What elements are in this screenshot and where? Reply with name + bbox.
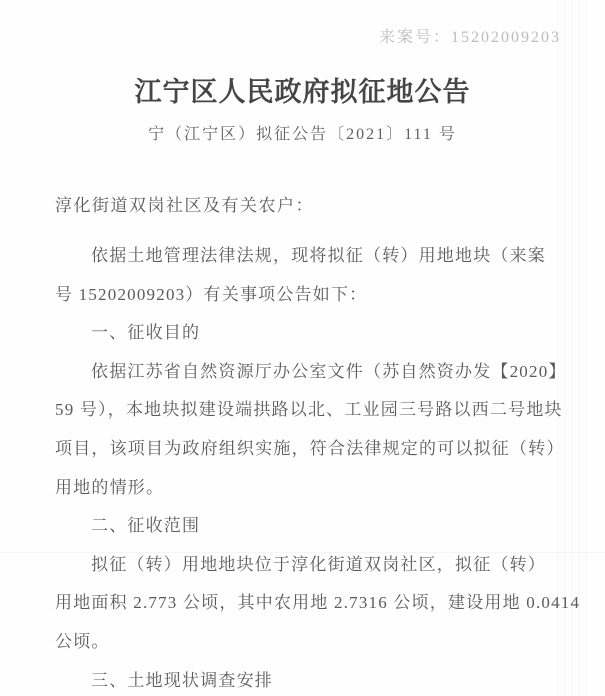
body-line: 依据土地管理法律法规，现将拟征（转）用地地块（来案 <box>55 237 551 276</box>
notice-doc-number: 宁（江宁区）拟征公告〔2021〕111 号 <box>0 121 605 144</box>
body-line: 用地面积 2.773 公顷，其中农用地 2.7316 公顷，建设用地 0.041… <box>55 584 551 623</box>
body-line: 号 15202009203）有关事项公告如下： <box>55 276 551 315</box>
section-heading-survey: 三、土地现状调查安排 <box>55 662 551 696</box>
body-line: 59 号），本地块拟建设端拱路以北、工业园三号路以西二号地块 <box>55 391 551 430</box>
section-heading-scope: 二、征收范围 <box>55 507 551 546</box>
body-line: 拟征（转）用地地块位于淳化街道双岗社区，拟征（转） <box>55 546 551 585</box>
salutation: 淳化街道双岗社区及有关农户： <box>55 191 314 216</box>
notice-title: 江宁区人民政府拟征地公告 <box>0 70 605 109</box>
body-line: 项目，该项目为政府组织实施，符合法律规定的可以拟征（转） <box>55 430 551 469</box>
case-number: 来案号：15202009203 <box>379 24 561 47</box>
notice-body: 依据土地管理法律法规，现将拟征（转）用地地块（来案 号 15202009203）… <box>55 237 551 696</box>
notice-document-page: 来案号：15202009203 江宁区人民政府拟征地公告 宁（江宁区）拟征公告〔… <box>0 0 605 696</box>
body-line: 公顷。 <box>55 623 551 662</box>
section-heading-purpose: 一、征收目的 <box>55 314 551 353</box>
body-line: 依据江苏省自然资源厅办公室文件（苏自然资办发【2020】 <box>55 353 551 392</box>
body-line: 用地的情形。 <box>55 469 551 508</box>
